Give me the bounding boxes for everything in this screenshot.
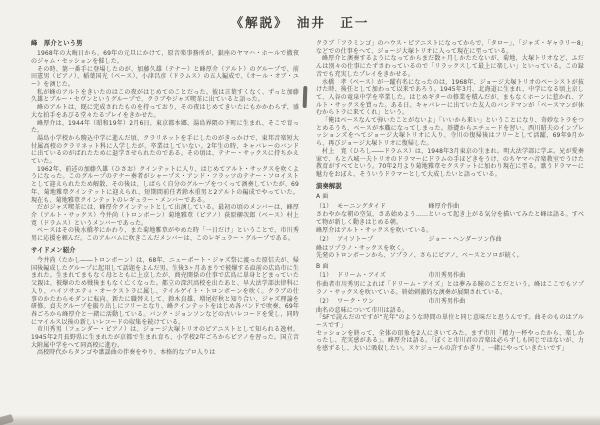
track-composer: 市川秀男作曲	[429, 298, 466, 306]
track-title: アイソトープ	[337, 236, 373, 244]
track-title-group: （1） ドリーム・アイズ	[316, 272, 429, 280]
section-heading-mine: 峰 厚介という男	[31, 40, 299, 48]
track-composer: 峰厚介作曲	[429, 203, 460, 211]
track-title-group: （2） アイソトープ	[316, 236, 429, 244]
track-row: （2） アイソトープ ジョー・ヘンダーソン作曲	[316, 236, 584, 244]
paragraph: 市川秀男（フェンダー・ピアノ）は、ジョージ大塚トリオのピアニストとして知られる逸…	[31, 326, 299, 349]
track-row: （1） モーニングタイド 峰厚介作曲	[316, 203, 584, 211]
side-b-label: B 面	[316, 263, 584, 271]
paragraph: 1968年の大晦日から、69年の元旦にかけて、原音楽事務所が、銀座のヤマハ・ホー…	[31, 50, 299, 65]
track-description: 峰厚介はアルト・サックスを吹いている。	[316, 227, 584, 235]
text-columns: 峰 厚介という男 1968年の大晦日から、69年の元旦にかけて、原音楽事務所が、…	[0, 31, 600, 357]
paragraph: その時、第一番手に登場したのが、加藤久雄（テナー）と峰厚介（アルト）のグループで…	[31, 66, 299, 89]
track-number: （1）	[316, 272, 332, 280]
track-title: モーニングタイド	[337, 203, 386, 211]
paragraph: 今井尚（たかし――トロンボーン）は、68年、ニューポート・ジャズ祭に渡った原信夫…	[31, 257, 299, 326]
paragraph: 1962年、前述の加藤久雄（ひさお）クインテットに入り、はじめてアルト・サックス…	[31, 166, 299, 205]
paragraph: 高校時代からタンゴや歌謡曲の伴奏をやり、本格的なプロ入りは	[31, 349, 299, 357]
track-description: 「SFで読んだのですが“光年”のような時間の単位と同じ意味だと思うんです。曲その…	[316, 314, 584, 329]
right-column: クラブ「フラミンゴ」のハウス・ピアニストになってからで、「タロー」、「ジャズ・ギ…	[316, 40, 584, 357]
side-a-label: A 面	[316, 193, 584, 201]
track-title: ドリーム・アイズ	[337, 272, 386, 280]
track-title: ワーク・ワン	[337, 298, 374, 306]
track-title-group: （1） モーニングタイド	[316, 203, 429, 211]
paragraph: 水橋 孝（ベース）が一躍有名になったのは、1968年、ジョージ大塚トリオのベーシ…	[316, 79, 584, 118]
paragraph: 湯島小学校から駒込中学に進んだ頃、クラリネットを手にしたのがきっかけで、東邦音楽…	[31, 135, 299, 166]
track-description: 先発のトロンボーンから、ソプラノ、さらにピアノ、ベースとソロが続く。	[316, 252, 584, 260]
paragraph: だがジャズ喫茶には、峰厚介クインテットとして出演している。最初の頃のメンバーは、…	[31, 204, 299, 227]
track-number: （2）	[316, 298, 332, 306]
paragraph: ベースはその後水橋孝にかわり、また菊地雅章がやめた時「一日だけ」ということで、市…	[31, 227, 299, 242]
track-number: （2）	[316, 236, 332, 244]
liner-notes-page: 《解説》 油井 正一 峰 厚介という男 1968年の大晦日から、69年の元旦にか…	[0, 0, 600, 425]
paragraph: 私が峰のアルトをきいたのはこの夜がはじめてのことだった。彼は言葉すくなく、ずっと…	[31, 89, 299, 104]
section-heading-kaisetsu: 演奏解説	[316, 183, 584, 191]
paragraph: 峰厚介と演奏するようになってからまだ数ヶ月しかたたないが、菊地、大塚トリオなど、…	[316, 55, 584, 78]
paragraph: 峰厚介は、1944年（昭和19年）2月6日、東京都本郷、湯島界隈の下町に生まれ、…	[31, 120, 299, 135]
track-description: 作曲者市川秀男によれば「ドリーム・アイズ」とは夢みる瞳のことだという。峰はここで…	[316, 281, 584, 296]
paragraph: 「俺はベースなんて弾いたことがないよ」「いいから来い」ということになり、奇妙なト…	[316, 117, 584, 148]
track-description: セッションを終って、全体の印象を2人にきいてみた。まず市川「精力一杯やったから、…	[316, 330, 584, 353]
track-title-group: （2） ワーク・ワン	[316, 298, 429, 306]
scan-ink-mark	[303, 86, 308, 108]
track-row: （1） ドリーム・アイズ 市川秀男作曲	[316, 272, 584, 280]
track-row: （2） ワーク・ワン 市川秀男作曲	[316, 298, 584, 306]
track-number: （1）	[316, 203, 332, 211]
scan-edge-shadow	[0, 415, 600, 425]
paragraph: 村上 寛（ひろし――ドラムス）は、1948年3月東京の生まれ。明大法学部に学ぶ。…	[316, 148, 584, 179]
paragraph: 峰のアルトは、既に完成されたものを持っており、その夜はじめてきいたにもかかわらず…	[31, 104, 299, 119]
left-column: 峰 厚介という男 1968年の大晦日から、69年の元旦にかけて、原音楽事務所が、…	[31, 40, 299, 357]
track-composer: ジョー・ヘンダーソン作曲	[429, 236, 502, 244]
page-title: 《解説》 油井 正一	[0, 0, 600, 31]
section-heading-sidemen: サイドメン紹介	[31, 247, 299, 255]
track-description: さわやかな朝の空気、さあ始めよう……といって起き上がる気分を描いてみたと峰は語る…	[316, 211, 584, 226]
paragraph: クラブ「フラミンゴ」のハウス・ピアニストになってからで、「タロー」、「ジャズ・ギ…	[316, 40, 584, 55]
track-composer: 市川秀男作曲	[429, 272, 466, 280]
